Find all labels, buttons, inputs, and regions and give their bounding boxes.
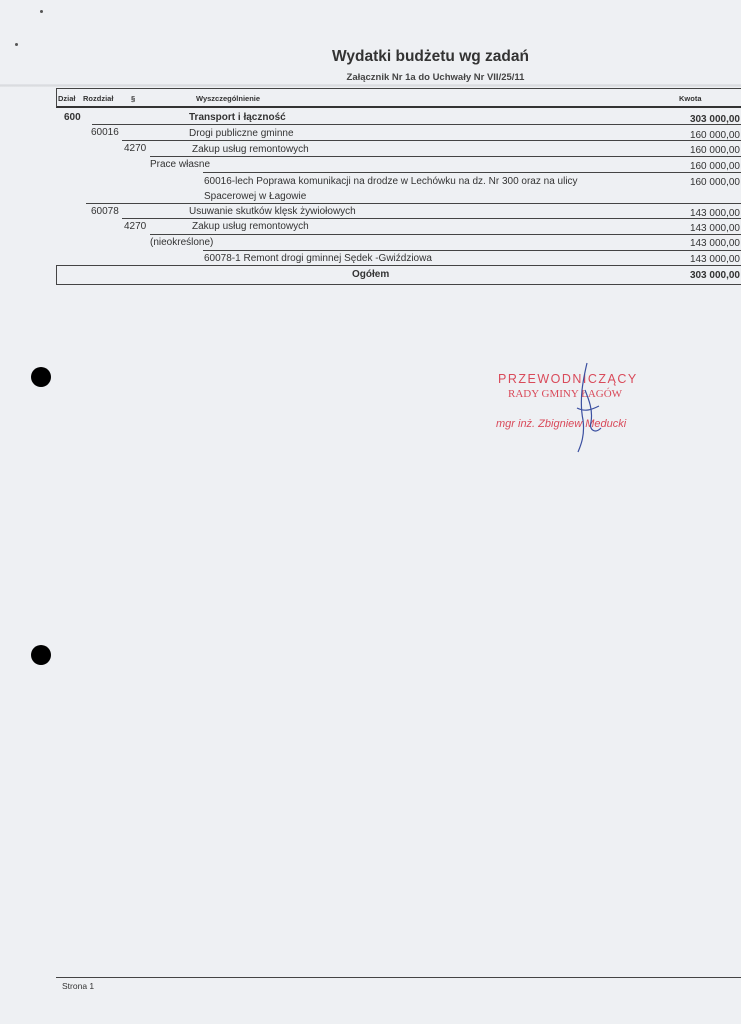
row-code: 60078 — [91, 206, 119, 217]
row-label: Prace własne — [150, 159, 210, 170]
row-amount: 143 000,00 — [640, 254, 740, 265]
row-amount: 160 000,00 — [640, 145, 740, 156]
page-number: Strona 1 — [62, 981, 94, 991]
row-amount: 143 000,00 — [640, 238, 740, 249]
punch-hole — [31, 645, 51, 665]
row-label: 60016-lech Poprawa komunikacji na drodze… — [204, 176, 578, 187]
row-label-continued: Spacerowej w Łagowie — [204, 191, 306, 202]
document-subtitle: Załącznik Nr 1a do Uchwały Nr VII/25/11 — [0, 72, 741, 83]
header-paragraf: § — [131, 94, 135, 103]
scan-speck — [40, 10, 43, 13]
row-divider — [150, 156, 741, 157]
punch-hole — [31, 367, 51, 387]
row-code: 600 — [64, 112, 81, 123]
scan-artifact — [0, 84, 741, 87]
total-row — [56, 265, 741, 285]
stamp-name: mgr inż. Zbigniew Meducki — [496, 418, 626, 430]
row-divider — [203, 250, 741, 251]
row-amount: 160 000,00 — [640, 130, 740, 141]
row-label: 60078-1 Remont drogi gminnej Sędek -Gwiź… — [204, 253, 432, 264]
header-opis: Wyszczególnienie — [196, 94, 260, 103]
row-amount: 303 000,00 — [640, 114, 740, 125]
row-divider — [203, 172, 741, 173]
row-label: Usuwanie skutków klęsk żywiołowych — [189, 206, 356, 217]
header-kwota: Kwota — [679, 94, 702, 103]
header-dzial: Dział — [58, 94, 76, 103]
row-amount: 160 000,00 — [640, 177, 740, 188]
row-label: Zakup usług remontowych — [192, 221, 309, 232]
row-code: 60016 — [91, 127, 119, 138]
row-label: Zakup usług remontowych — [192, 144, 309, 155]
scan-speck — [15, 43, 18, 46]
signature — [565, 360, 605, 455]
row-amount: 143 000,00 — [640, 223, 740, 234]
header-rozdzial: Rozdział — [83, 94, 113, 103]
row-label: Drogi publiczne gminne — [189, 128, 294, 139]
row-amount: 143 000,00 — [640, 208, 740, 219]
row-label: Transport i łączność — [189, 112, 286, 123]
document-title: Wydatki budżetu wg zadań — [0, 48, 741, 66]
total-label: Ogółem — [352, 269, 389, 280]
table-header — [56, 88, 741, 108]
row-divider — [86, 203, 741, 204]
row-label: (nieokreślone) — [150, 237, 213, 248]
row-code: 4270 — [124, 221, 146, 232]
row-divider — [150, 234, 741, 235]
footer-divider — [56, 977, 741, 978]
total-amount: 303 000,00 — [640, 270, 740, 281]
row-amount: 160 000,00 — [640, 161, 740, 172]
row-code: 4270 — [124, 143, 146, 154]
